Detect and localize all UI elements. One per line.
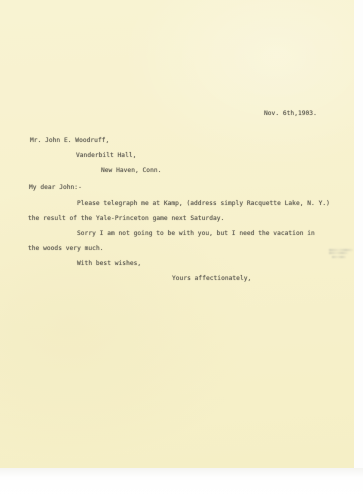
scan-border-right — [354, 0, 363, 500]
letter-body-line: the woods very much. — [28, 245, 104, 252]
recipient-address-line2: New Haven, Conn. — [101, 167, 161, 174]
recipient-name: Mr. John E. Woodruff, — [30, 137, 109, 144]
letter-body-line: the result of the Yale-Princeton game ne… — [28, 215, 224, 222]
letter-date: Nov. 6th,1903. — [264, 110, 317, 117]
letter-paper: Nov. 6th,1903. Mr. John E. Woodruff, Van… — [0, 0, 354, 468]
letter-body-line: Sorry I am not going to be with you, but… — [77, 230, 315, 237]
letter-body-line: Please telegraph me at Kamp, (address si… — [77, 200, 330, 207]
scan-border-bottom — [0, 468, 363, 500]
ink-smudge — [329, 247, 353, 262]
letter-closing: With best wishes, — [77, 260, 141, 267]
letter-salutation: My dear John:- — [29, 184, 82, 191]
letter-signoff: Yours affectionately, — [172, 275, 251, 282]
recipient-address-line1: Vanderbilt Hall, — [76, 152, 136, 159]
